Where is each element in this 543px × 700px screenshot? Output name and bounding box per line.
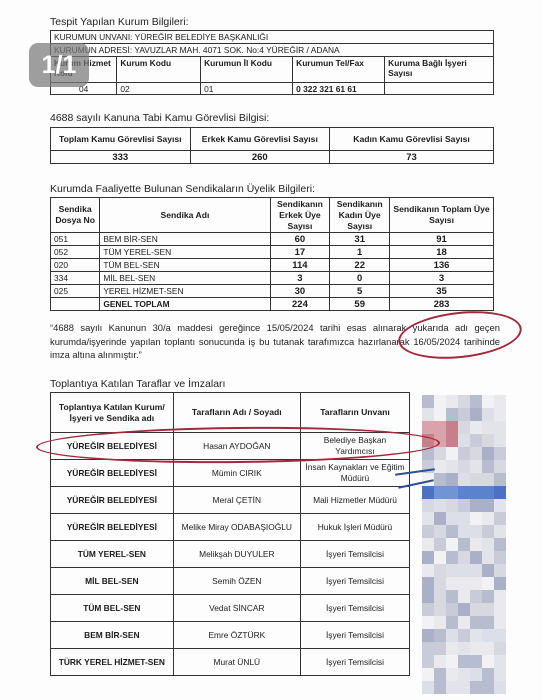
participant-cell: Melike Miray ODABAŞIOĞLU (173, 514, 300, 541)
union-cell: 3 (270, 272, 330, 285)
participant-cell: Mali Hizmetler Müdürü (300, 487, 409, 514)
document-page: Tespit Yapılan Kurum Bilgileri: KURUMUN … (0, 0, 543, 700)
participant-cell: YÜREĞİR BELEDİYESİ (51, 460, 174, 487)
union-total-cell (51, 298, 100, 311)
union-cell: 17 (270, 246, 330, 259)
participant-cell: MİL BEL-SEN (51, 568, 174, 595)
participant-cell: İşyeri Temsilcisi (300, 622, 409, 649)
union-cell: 3 (390, 272, 494, 285)
page-indicator-badge: 1/1 (29, 43, 89, 87)
institution-title-line: KURUMUN UNVANI: YÜREĞİR BELEDİYE BAŞKANL… (51, 31, 494, 44)
participant-row: TÜM YEREL-SENMelikşah DUYULERİşyeri Tems… (51, 541, 410, 568)
union-cell: 1 (330, 246, 390, 259)
union-row: 052TÜM YEREL-SEN17118 (51, 246, 494, 259)
unions-section-title: Kurumda Faaliyette Bulunan Sendikaların … (50, 183, 315, 195)
participants-section-title: Toplantıya Katılan Taraflar ve İmzaları (50, 378, 225, 390)
union-cell: 052 (51, 246, 100, 259)
union-cell: 18 (390, 246, 494, 259)
public-servants-header-cell: Erkek Kamu Görevlisi Sayısı (190, 128, 330, 151)
union-cell: 136 (390, 259, 494, 272)
participant-cell: TÜM YEREL-SEN (51, 541, 174, 568)
participant-cell: Semih ÖZEN (173, 568, 300, 595)
union-row: 025YEREL HİZMET-SEN30535 (51, 285, 494, 298)
participant-cell: YÜREĞİR BELEDİYESİ (51, 487, 174, 514)
participant-row: BEM BİR-SENEmre ÖZTÜRKİşyeri Temsilcisi (51, 622, 410, 649)
participants-header-cell: Tarafların Unvanı (300, 393, 409, 433)
union-row: 051BEM BİR-SEN603191 (51, 233, 494, 246)
union-cell: 31 (330, 233, 390, 246)
union-cell: 5 (330, 285, 390, 298)
union-cell: YEREL HİZMET-SEN (100, 285, 270, 298)
participant-row: YÜREĞİR BELEDİYESİMümin CIRIKİnsan Kayna… (51, 460, 410, 487)
union-cell: 91 (390, 233, 494, 246)
public-servants-header-cell: Kadın Kamu Görevlisi Sayısı (330, 128, 494, 151)
participant-cell: İşyeri Temsilcisi (300, 649, 409, 676)
union-cell: BEM BİR-SEN (100, 233, 270, 246)
union-cell: 22 (330, 259, 390, 272)
unions-header-cell: Sendikanın Toplam Üye Sayısı (390, 198, 494, 233)
union-cell: 334 (51, 272, 100, 285)
institution-header-cell: Kurumun İl Kodu (201, 57, 293, 83)
institution-address-line: KURUMUN ADRESİ: YAVUZLAR MAH. 4071 SOK. … (51, 44, 494, 57)
participant-cell: Emre ÖZTÜRK (173, 622, 300, 649)
union-cell: 020 (51, 259, 100, 272)
participant-row: MİL BEL-SENSemih ÖZENİşyeri Temsilcisi (51, 568, 410, 595)
union-cell: 30 (270, 285, 330, 298)
participant-cell: TÜM BEL-SEN (51, 595, 174, 622)
union-row: 020TÜM BEL-SEN11422136 (51, 259, 494, 272)
union-cell: TÜM BEL-SEN (100, 259, 270, 272)
participant-row: YÜREĞİR BELEDİYESİMeral ÇETİNMali Hizmet… (51, 487, 410, 514)
participant-cell: Melikşah DUYULER (173, 541, 300, 568)
union-cell: 60 (270, 233, 330, 246)
participant-cell: İşyeri Temsilcisi (300, 541, 409, 568)
union-cell: 051 (51, 233, 100, 246)
public-servants-value-cell: 260 (190, 151, 330, 164)
participant-cell: İşyeri Temsilcisi (300, 595, 409, 622)
participant-cell: Mümin CIRIK (173, 460, 300, 487)
participant-cell: BEM BİR-SEN (51, 622, 174, 649)
participant-cell: YÜREĞİR BELEDİYESİ (51, 514, 174, 541)
union-total-cell: 59 (330, 298, 390, 311)
unions-header-cell: Sendikanın Kadın Üye Sayısı (330, 198, 390, 233)
institution-value-cell: 02 (117, 83, 201, 95)
public-servants-table: Toplam Kamu Görevlisi SayısıErkek Kamu G… (50, 127, 494, 164)
public-servants-section-title: 4688 sayılı Kanuna Tabi Kamu Görevlisi B… (50, 112, 269, 124)
participants-header-cell: Toplantıya Katılan Kurum/İşyeri ve Sendi… (51, 393, 174, 433)
public-servants-value-cell: 73 (330, 151, 494, 164)
institution-header-cell: Kurum Kodu (117, 57, 201, 83)
participant-row: TÜRK YEREL HİZMET-SENMurat ÜNLÜİşyeri Te… (51, 649, 410, 676)
union-cell: 114 (270, 259, 330, 272)
institution-section-title: Tespit Yapılan Kurum Bilgileri: (50, 16, 189, 28)
union-total-row: GENEL TOPLAM22459283 (51, 298, 494, 311)
union-cell: TÜM YEREL-SEN (100, 246, 270, 259)
union-total-cell: GENEL TOPLAM (100, 298, 270, 311)
unions-header-cell: Sendika Adı (100, 198, 270, 233)
union-cell: MİL BEL-SEN (100, 272, 270, 285)
institution-table: KURUMUN UNVANI: YÜREĞİR BELEDİYE BAŞKANL… (50, 30, 494, 95)
unions-header-cell: Sendikanın Erkek Üye Sayısı (270, 198, 330, 233)
participant-cell: İşyeri Temsilcisi (300, 568, 409, 595)
unions-header-cell: Sendika Dosya No (51, 198, 100, 233)
public-servants-value-cell: 333 (51, 151, 191, 164)
public-servants-header-cell: Toplam Kamu Görevlisi Sayısı (51, 128, 191, 151)
institution-value-cell: 01 (201, 83, 293, 95)
institution-header-cell: Kuruma Bağlı İşyeri Sayısı (385, 57, 494, 83)
union-row: 334MİL BEL-SEN303 (51, 272, 494, 285)
union-cell: 35 (390, 285, 494, 298)
institution-header-cell: Kurumun Tel/Fax (293, 57, 385, 83)
participant-cell: Hukuk İşleri Müdürü (300, 514, 409, 541)
participant-cell: Meral ÇETİN (173, 487, 300, 514)
union-cell: 0 (330, 272, 390, 285)
union-cell: 025 (51, 285, 100, 298)
unions-table: Sendika Dosya NoSendika AdıSendikanın Er… (50, 197, 494, 311)
participant-cell: Vedat SİNCAR (173, 595, 300, 622)
institution-value-cell: 0 322 321 61 61 (293, 83, 385, 95)
participant-cell: Murat ÜNLÜ (173, 649, 300, 676)
participant-row: TÜM BEL-SENVedat SİNCARİşyeri Temsilcisi (51, 595, 410, 622)
participant-cell: TÜRK YEREL HİZMET-SEN (51, 649, 174, 676)
participant-row: YÜREĞİR BELEDİYESİMelike Miray ODABAŞIOĞ… (51, 514, 410, 541)
union-total-cell: 283 (390, 298, 494, 311)
institution-value-cell (385, 83, 494, 95)
union-total-cell: 224 (270, 298, 330, 311)
participant-cell: İnsan Kaynakları ve Eğitim Müdürü (300, 460, 409, 487)
